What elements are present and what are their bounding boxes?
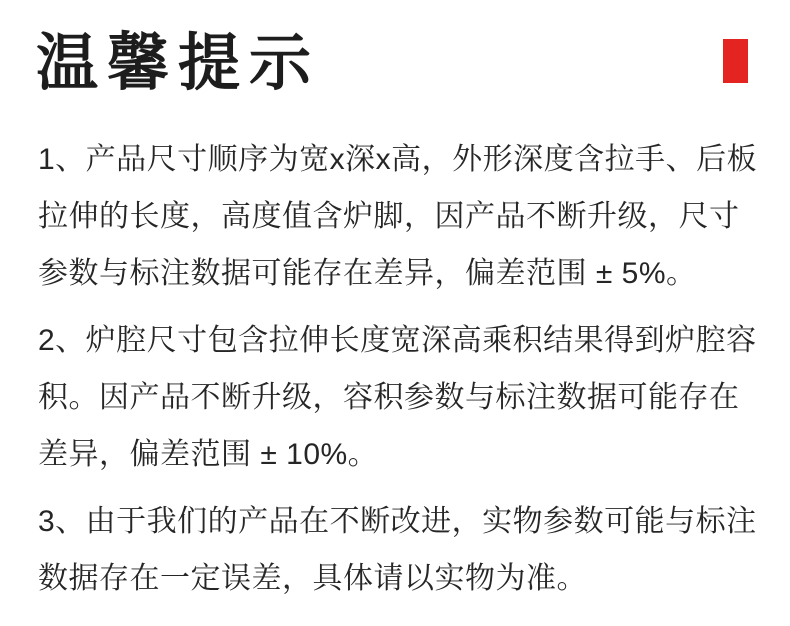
paragraph-2-line-2: 积。因产品不断升级，容积参数与标注数据可能存在 — [38, 369, 760, 426]
paragraph-2-line-1: 2、炉腔尺寸包含拉伸长度宽深高乘积结果得到炉腔容 — [38, 312, 760, 369]
notice-paragraph-3: 3、由于我们的产品在不断改进，实物参数可能与标注 数据存在一定误差，具体请以实物… — [38, 493, 760, 607]
paragraph-1-line-3: 参数与标注数据可能存在差异，偏差范围 ± 5%。 — [38, 245, 760, 302]
paragraph-3-line-2: 数据存在一定误差，具体请以实物为准。 — [38, 550, 760, 607]
notice-paragraph-1: 1、产品尺寸顺序为宽x深x高，外形深度含拉手、后板 拉伸的长度，高度值含炉脚，因… — [38, 131, 760, 302]
warm-tips-notice: 温馨提示 1、产品尺寸顺序为宽x深x高，外形深度含拉手、后板 拉伸的长度，高度值… — [0, 0, 790, 626]
page-title: 温馨提示 — [36, 30, 320, 98]
notice-paragraph-2: 2、炉腔尺寸包含拉伸长度宽深高乘积结果得到炉腔容 积。因产品不断升级，容积参数与… — [38, 312, 760, 483]
paragraph-1-line-1: 1、产品尺寸顺序为宽x深x高，外形深度含拉手、后板 — [38, 131, 760, 188]
paragraph-2-line-3: 差异，偏差范围 ± 10%。 — [38, 426, 760, 483]
paragraph-3-line-1: 3、由于我们的产品在不断改进，实物参数可能与标注 — [38, 493, 760, 550]
paragraph-1-line-2: 拉伸的长度，高度值含炉脚，因产品不断升级，尺寸 — [38, 188, 760, 245]
red-accent-block — [723, 39, 748, 83]
